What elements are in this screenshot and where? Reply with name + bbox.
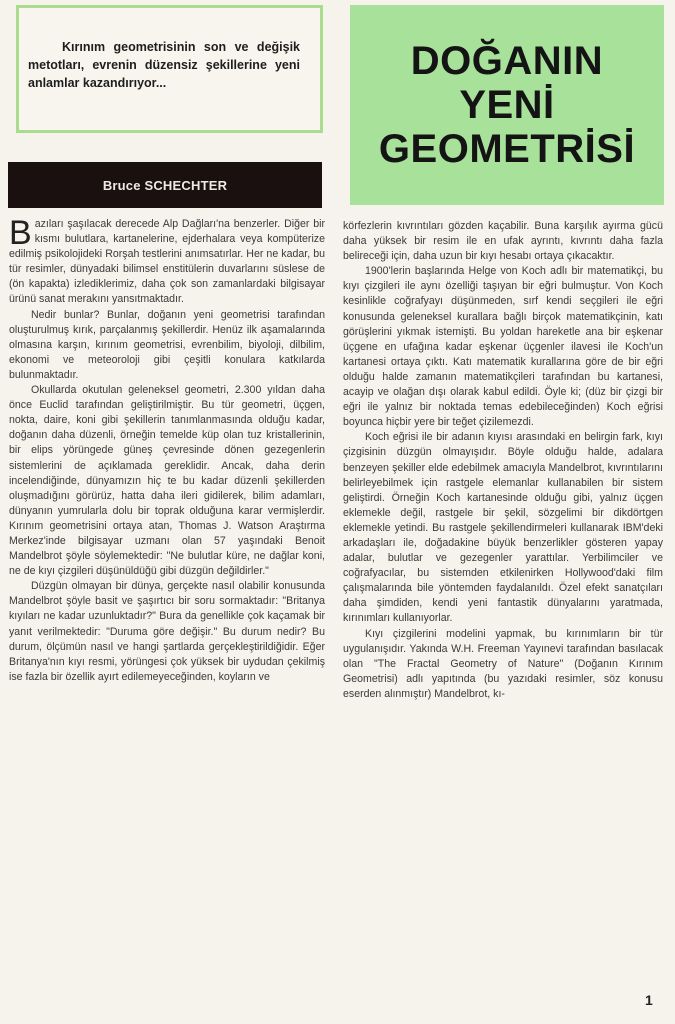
author-name: Bruce SCHECHTER xyxy=(103,178,227,193)
paragraph: Koch eğrisi ile bir adanın kıyısı arasın… xyxy=(343,430,663,626)
paragraph: Bazıları şaşılacak derecede Alp Dağları'… xyxy=(9,217,325,308)
paragraph-text: azıları şaşılacak derecede Alp Dağları'n… xyxy=(9,218,325,305)
paragraph: Nedir bunlar? Bunlar, doğanın yeni geome… xyxy=(9,308,325,383)
title-panel: DOĞANIN YENİ GEOMETRİSİ xyxy=(350,5,664,205)
lead-in-text: Kırınım geometrisinin son ve değişik met… xyxy=(28,38,300,92)
title-line-1: DOĞANIN xyxy=(411,39,603,83)
paragraph: Kıyı çizgilerini modelini yapmak, bu kır… xyxy=(343,627,663,702)
page-number: 1 xyxy=(645,992,653,1008)
paragraph: körfezlerin kıvrıntıları gözden kaçabili… xyxy=(343,219,663,264)
paragraph: Düzgün olmayan bir dünya, gerçekte nasıl… xyxy=(9,579,325,685)
article-column-left: Bazıları şaşılacak derecede Alp Dağları'… xyxy=(9,217,325,685)
title-line-2: YENİ xyxy=(459,83,554,127)
title-line-3: GEOMETRİSİ xyxy=(379,127,635,171)
byline-bar: Bruce SCHECHTER xyxy=(8,162,322,208)
article-column-right: körfezlerin kıvrıntıları gözden kaçabili… xyxy=(343,219,663,702)
drop-cap: B xyxy=(9,219,32,247)
paragraph: Okullarda okutulan geleneksel geometri, … xyxy=(9,383,325,579)
paragraph: 1900'lerin başlarında Helge von Koch adl… xyxy=(343,264,663,430)
